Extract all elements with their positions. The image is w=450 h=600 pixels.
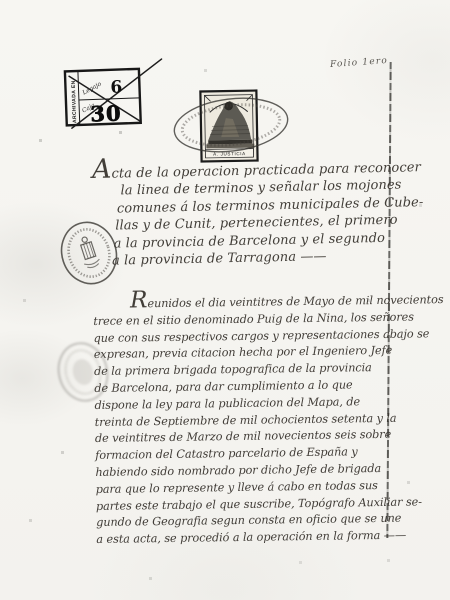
seal-base-flourish bbox=[84, 259, 101, 269]
archive-stamp-side-label: ARCHIVADA EN bbox=[71, 80, 78, 123]
folio-note: Folio 1ero bbox=[330, 56, 389, 70]
archive-stamp-number-bottom: 30 bbox=[90, 100, 122, 126]
oval-cancellation-overprint bbox=[170, 94, 292, 156]
seal-outer-ring bbox=[55, 215, 123, 291]
scanned-document-page: Folio 1ero ARCHIVADA EN Legajo Caja 6 30 bbox=[0, 0, 450, 600]
archive-stamp: ARCHIVADA EN Legajo Caja 6 30 bbox=[56, 52, 172, 136]
archive-stamp-divider bbox=[78, 71, 80, 125]
faint-seal-smudge bbox=[70, 357, 96, 387]
oval-ink-seal bbox=[55, 214, 123, 292]
body-paragraph: Reunidos el dia veintitres de Mayo de mi… bbox=[93, 293, 396, 549]
seal-crown bbox=[81, 236, 88, 243]
archive-stamp-number-top: 6 bbox=[110, 77, 123, 97]
seal-crest-shield bbox=[81, 242, 96, 260]
scan-speckles bbox=[0, 0, 1, 1]
overprint-text-ring bbox=[180, 100, 282, 151]
title-block: Acta de la operacion practicada para rec… bbox=[92, 160, 390, 271]
body-line: a esta acta, se procedió a la operación … bbox=[96, 528, 396, 549]
archive-stamp-note-legajo: Legajo bbox=[80, 80, 102, 97]
overprint-outer-ring bbox=[171, 94, 290, 156]
faint-ink-seal bbox=[52, 336, 114, 408]
